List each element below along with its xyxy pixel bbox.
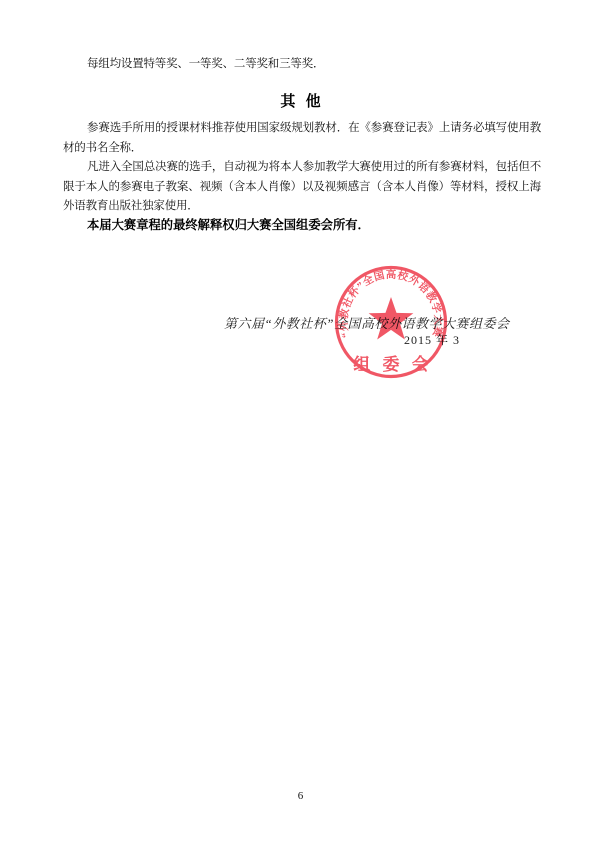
document-body: 每组均设置特等奖、一等奖、二等奖和三等奖． 其 他 参赛选手所用的授课材料推荐使… — [63, 55, 541, 236]
star-icon — [369, 297, 414, 340]
official-red-seal: “外教社杯”全国高校外语教学大赛 组 委 会 — [331, 263, 451, 383]
document-page: 每组均设置特等奖、一等奖、二等奖和三等奖． 其 他 参赛选手所用的授课材料推荐使… — [0, 0, 601, 850]
intro-line: 每组均设置特等奖、一等奖、二等奖和三等奖． — [63, 55, 541, 74]
paragraph-3-bold: 本届大赛章程的最终解释权归大赛全国组委会所有． — [63, 216, 541, 235]
page-number: 6 — [0, 790, 601, 802]
section-title: 其 他 — [63, 92, 541, 112]
seal-bottom-text: 组 委 会 — [353, 354, 433, 374]
paragraph-2: 凡进入全国总决赛的选手，自动视为将本人参加教学大赛使用过的所有参赛材料，包括但不… — [63, 158, 541, 216]
paragraph-1: 参赛选手所用的授课材料推荐使用国家级规划教材．在《参赛登记表》上请务必填写使用教… — [63, 119, 541, 158]
